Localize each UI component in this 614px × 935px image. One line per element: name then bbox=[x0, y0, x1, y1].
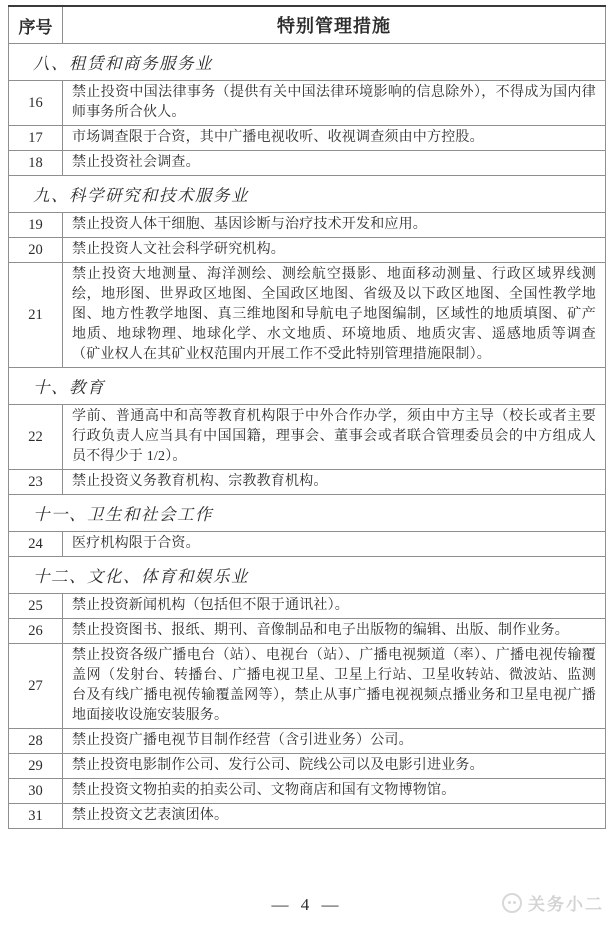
table-row: 24 医疗机构限于合资。 bbox=[9, 532, 606, 557]
table-row: 28 禁止投资广播电视节目制作经营（含引进业务）公司。 bbox=[9, 729, 606, 754]
table-row: 16 禁止投资中国法律事务（提供有关中国法律环境影响的信息除外），不得成为国内律… bbox=[9, 81, 606, 126]
table-row: 25 禁止投资新闻机构（包括但不限于通讯社）。 bbox=[9, 594, 606, 619]
row-number: 28 bbox=[9, 729, 63, 754]
table-row: 31 禁止投资文艺表演团体。 bbox=[9, 804, 606, 829]
row-text: 禁止投资社会调查。 bbox=[63, 151, 606, 176]
row-text: 市场调查限于合资，其中广播电视收听、收视调查须由中方控股。 bbox=[63, 126, 606, 151]
table-row: 20 禁止投资人文社会科学研究机构。 bbox=[9, 238, 606, 263]
section-title: 十、教育 bbox=[9, 368, 606, 405]
table-row: 19 禁止投资人体干细胞、基因诊断与治疗技术开发和应用。 bbox=[9, 213, 606, 238]
row-number: 22 bbox=[9, 405, 63, 470]
row-number: 25 bbox=[9, 594, 63, 619]
table-row: 22 学前、普通高中和高等教育机构限于中外合作办学，须由中方主导（校长或者主要行… bbox=[9, 405, 606, 470]
row-text: 禁止投资大地测量、海洋测绘、测绘航空摄影、地面移动测量、行政区域界线测绘，地形图… bbox=[63, 263, 606, 368]
table-row: 29 禁止投资电影制作公司、发行公司、院线公司以及电影引进业务。 bbox=[9, 754, 606, 779]
row-text: 禁止投资人文社会科学研究机构。 bbox=[63, 238, 606, 263]
section-title: 十一、卫生和社会工作 bbox=[9, 495, 606, 532]
section-title: 十二、文化、体育和娱乐业 bbox=[9, 557, 606, 594]
table-row: 30 禁止投资文物拍卖的拍卖公司、文物商店和国有文物博物馆。 bbox=[9, 779, 606, 804]
row-text: 禁止投资电影制作公司、发行公司、院线公司以及电影引进业务。 bbox=[63, 754, 606, 779]
row-text: 禁止投资新闻机构（包括但不限于通讯社）。 bbox=[63, 594, 606, 619]
row-number: 24 bbox=[9, 532, 63, 557]
row-number: 20 bbox=[9, 238, 63, 263]
row-number: 31 bbox=[9, 804, 63, 829]
watermark-text: 关务小二 bbox=[528, 890, 604, 915]
table-header-row: 序号 特别管理措施 bbox=[9, 6, 606, 44]
table-row: 27 禁止投资各级广播电台（站）、电视台（站）、广播电视频道（率）、广播电视传输… bbox=[9, 644, 606, 729]
row-number: 19 bbox=[9, 213, 63, 238]
header-cell-seq-no: 序号 bbox=[9, 6, 63, 44]
row-text: 禁止投资中国法律事务（提供有关中国法律环境影响的信息除外），不得成为国内律师事务… bbox=[63, 81, 606, 126]
row-number: 21 bbox=[9, 263, 63, 368]
section-row: 八、租赁和商务服务业 bbox=[9, 44, 606, 81]
row-text: 禁止投资各级广播电台（站）、电视台（站）、广播电视频道（率）、广播电视传输覆盖网… bbox=[63, 644, 606, 729]
row-text: 禁止投资广播电视节目制作经营（含引进业务）公司。 bbox=[63, 729, 606, 754]
row-number: 30 bbox=[9, 779, 63, 804]
row-text: 禁止投资文艺表演团体。 bbox=[63, 804, 606, 829]
section-row: 十二、文化、体育和娱乐业 bbox=[9, 557, 606, 594]
row-text: 禁止投资图书、报纸、期刊、音像制品和电子出版物的编辑、出版、制作业务。 bbox=[63, 619, 606, 644]
row-number: 17 bbox=[9, 126, 63, 151]
table-row: 21 禁止投资大地测量、海洋测绘、测绘航空摄影、地面移动测量、行政区域界线测绘，… bbox=[9, 263, 606, 368]
row-number: 23 bbox=[9, 470, 63, 495]
section-row: 九、科学研究和技术服务业 bbox=[9, 176, 606, 213]
document-page: 序号 特别管理措施 八、租赁和商务服务业 16 禁止投资中国法律事务（提供有关中… bbox=[0, 0, 614, 935]
row-text: 学前、普通高中和高等教育机构限于中外合作办学，须由中方主导（校长或者主要行政负责… bbox=[63, 405, 606, 470]
watermark: 关务小二 bbox=[502, 890, 604, 915]
row-number: 18 bbox=[9, 151, 63, 176]
row-text: 医疗机构限于合资。 bbox=[63, 532, 606, 557]
table-row: 18 禁止投资社会调查。 bbox=[9, 151, 606, 176]
table-row: 17 市场调查限于合资，其中广播电视收听、收视调查须由中方控股。 bbox=[9, 126, 606, 151]
special-measures-table: 序号 特别管理措施 八、租赁和商务服务业 16 禁止投资中国法律事务（提供有关中… bbox=[8, 5, 606, 829]
row-text: 禁止投资义务教育机构、宗教教育机构。 bbox=[63, 470, 606, 495]
row-number: 26 bbox=[9, 619, 63, 644]
section-row: 十一、卫生和社会工作 bbox=[9, 495, 606, 532]
row-number: 29 bbox=[9, 754, 63, 779]
table-row: 23 禁止投资义务教育机构、宗教教育机构。 bbox=[9, 470, 606, 495]
watermark-logo-icon bbox=[502, 893, 522, 913]
row-number: 16 bbox=[9, 81, 63, 126]
section-row: 十、教育 bbox=[9, 368, 606, 405]
row-text: 禁止投资人体干细胞、基因诊断与治疗技术开发和应用。 bbox=[63, 213, 606, 238]
header-cell-measures: 特别管理措施 bbox=[63, 6, 606, 44]
section-title: 八、租赁和商务服务业 bbox=[9, 44, 606, 81]
row-text: 禁止投资文物拍卖的拍卖公司、文物商店和国有文物博物馆。 bbox=[63, 779, 606, 804]
row-number: 27 bbox=[9, 644, 63, 729]
table-row: 26 禁止投资图书、报纸、期刊、音像制品和电子出版物的编辑、出版、制作业务。 bbox=[9, 619, 606, 644]
section-title: 九、科学研究和技术服务业 bbox=[9, 176, 606, 213]
